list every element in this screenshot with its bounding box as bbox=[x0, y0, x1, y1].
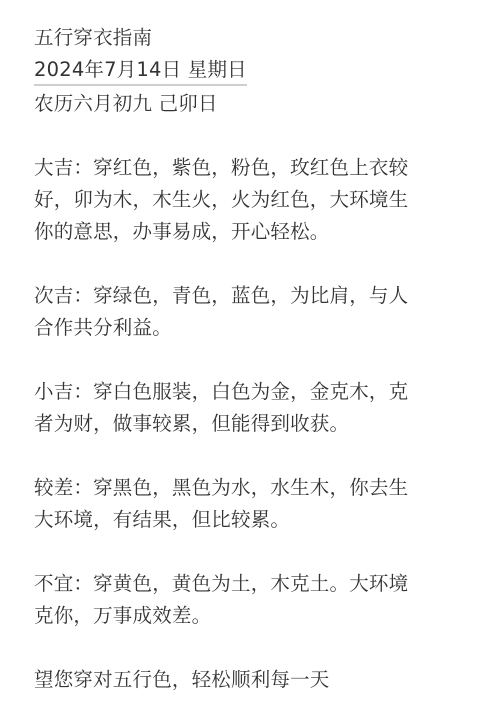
closing-section: 望您穿对五行色，轻松顺利每一天 bbox=[34, 664, 474, 696]
section-line: 较差：穿黑色，黑色为水，水生木，你去生 bbox=[34, 472, 474, 504]
section-line: 大环境，有结果，但比较累。 bbox=[34, 504, 474, 536]
date-line: 2024年7月14日 星期日 bbox=[34, 54, 474, 88]
section-line: 你的意思，办事易成，开心轻松。 bbox=[34, 216, 474, 248]
section-line: 大吉：穿红色，紫色，粉色，玫红色上衣较 bbox=[34, 152, 474, 184]
section-buyi: 不宜：穿黄色，黄色为土，木克土。大环境 克你，万事成效差。 bbox=[34, 568, 474, 632]
closing-line: 望您穿对五行色，轻松顺利每一天 bbox=[34, 664, 474, 696]
section-ciji: 次吉：穿绿色，青色，蓝色，为比肩，与人 合作共分利益。 bbox=[34, 280, 474, 344]
lunar-date: 农历六月初九 己卯日 bbox=[34, 88, 474, 120]
section-line: 者为财，做事较累，但能得到收获。 bbox=[34, 408, 474, 440]
section-line: 次吉：穿绿色，青色，蓝色，为比肩，与人 bbox=[34, 280, 474, 312]
note-body: 五行穿衣指南 2024年7月14日 星期日 农历六月初九 己卯日 大吉：穿红色，… bbox=[34, 22, 474, 696]
section-jiaocha: 较差：穿黑色，黑色为水，水生木，你去生 大环境，有结果，但比较累。 bbox=[34, 472, 474, 536]
section-line: 好，卯为木，木生火，火为红色，大环境生 bbox=[34, 184, 474, 216]
note-title: 五行穿衣指南 bbox=[34, 22, 474, 54]
section-xiaoji: 小吉：穿白色服装，白色为金，金克木，克 者为财，做事较累，但能得到收获。 bbox=[34, 376, 474, 440]
section-line: 小吉：穿白色服装，白色为金，金克木，克 bbox=[34, 376, 474, 408]
section-line: 克你，万事成效差。 bbox=[34, 600, 474, 632]
section-daji: 大吉：穿红色，紫色，粉色，玫红色上衣较 好，卯为木，木生火，火为红色，大环境生 … bbox=[34, 152, 474, 248]
section-line: 不宜：穿黄色，黄色为土，木克土。大环境 bbox=[34, 568, 474, 600]
date-link[interactable]: 2024年7月14日 星期日 bbox=[34, 56, 247, 86]
section-line: 合作共分利益。 bbox=[34, 312, 474, 344]
